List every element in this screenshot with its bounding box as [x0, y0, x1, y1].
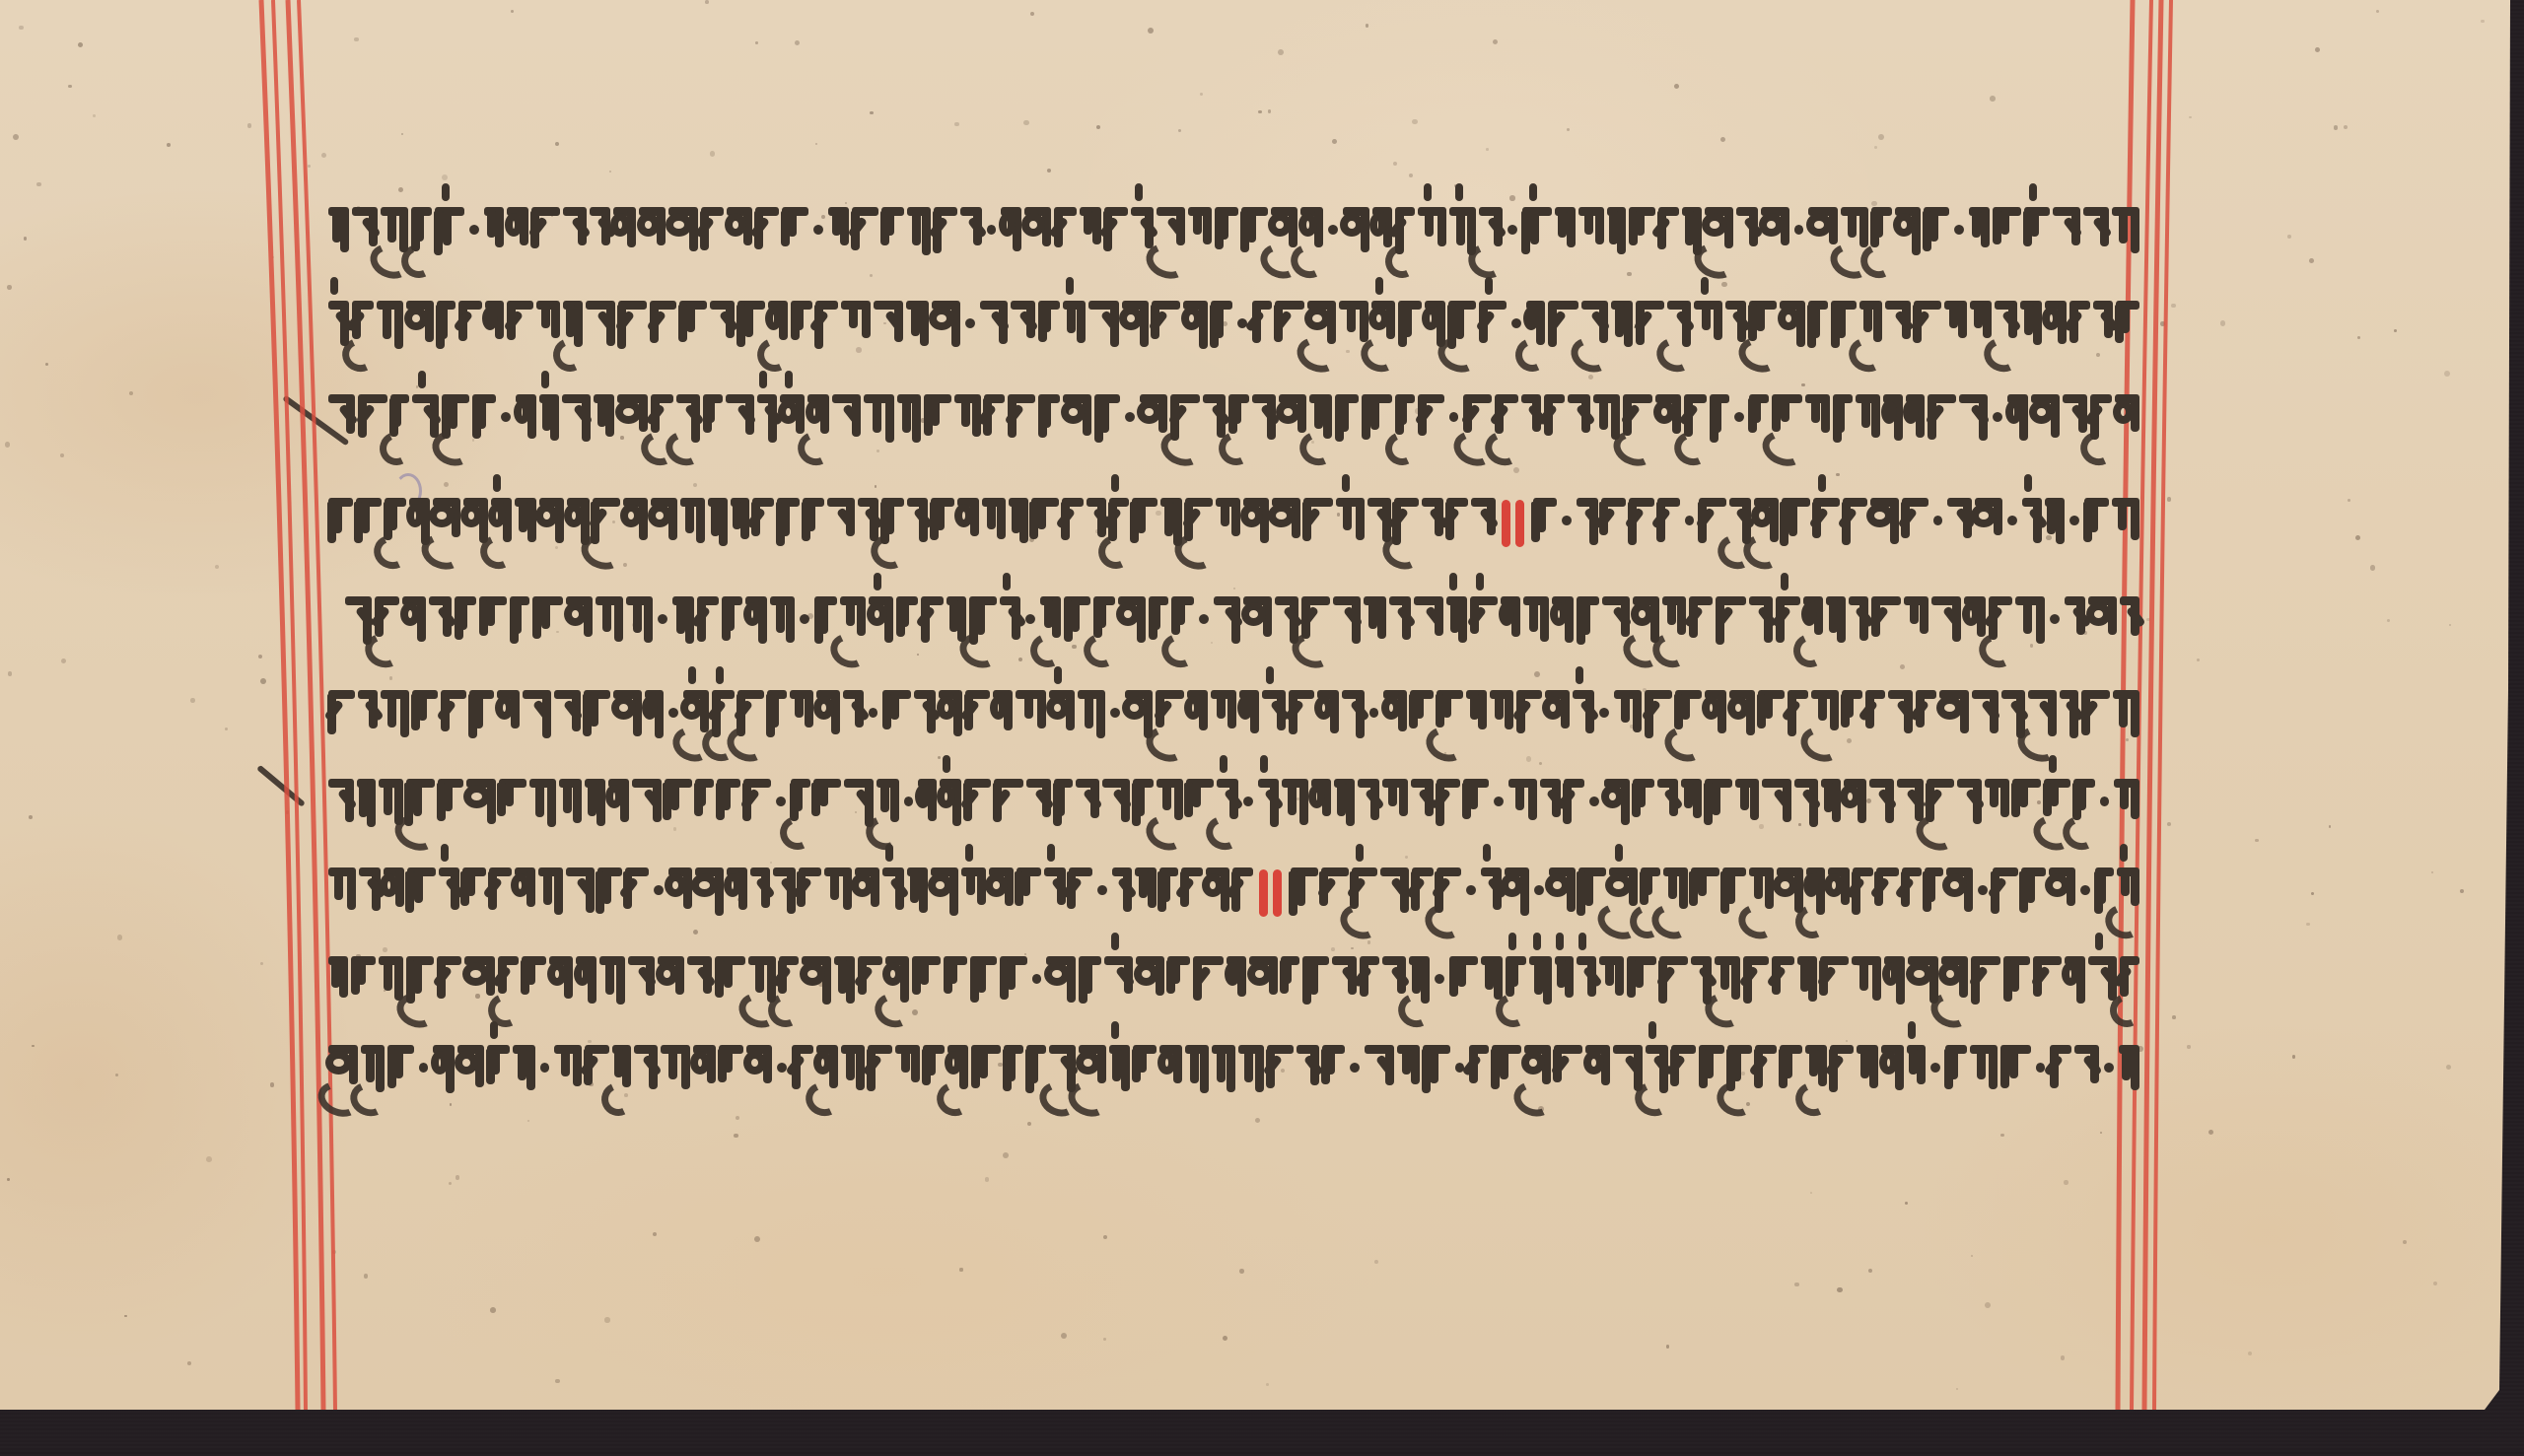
script-glyph	[883, 690, 911, 735]
script-glyph	[1505, 867, 1529, 913]
script-glyph	[1362, 394, 1392, 440]
paper-speck	[354, 37, 358, 41]
punctuation-dot	[2081, 885, 2090, 895]
script-glyph	[539, 394, 560, 440]
script-glyph	[1941, 956, 1969, 1002]
script-glyph	[412, 394, 439, 440]
script-glyph	[701, 207, 724, 252]
script-glyph	[1828, 867, 1850, 913]
script-glyph	[757, 394, 777, 440]
script-glyph	[1995, 301, 2017, 346]
script-glyph	[1522, 207, 1552, 252]
script-glyph	[1895, 207, 1920, 252]
script-glyph	[497, 690, 519, 735]
script-glyph	[1727, 1045, 1752, 1090]
script-glyph	[1112, 867, 1133, 913]
script-glyph	[1398, 301, 1421, 346]
paper-speck	[332, 1250, 336, 1254]
script-glyph	[1395, 207, 1415, 252]
script-glyph	[780, 394, 805, 440]
script-glyph	[1495, 394, 1518, 440]
punctuation-dot	[1794, 225, 1804, 235]
paper-speck	[2064, 1180, 2068, 1184]
script-glyph	[1423, 1045, 1450, 1090]
script-glyph	[1501, 596, 1520, 642]
script-glyph	[1038, 394, 1060, 440]
script-glyph	[1573, 690, 1594, 735]
paper-speck	[2449, 624, 2452, 627]
script-glyph	[651, 394, 673, 440]
paper-speck	[1985, 1302, 1991, 1308]
script-glyph	[1383, 690, 1406, 735]
script-glyph	[1667, 301, 1691, 346]
script-glyph	[328, 207, 348, 252]
script-glyph	[390, 394, 410, 440]
paper-speck	[1493, 39, 1498, 44]
script-glyph	[2074, 1045, 2099, 1090]
script-glyph	[737, 301, 765, 346]
script-glyph	[455, 596, 476, 642]
paper-speck	[2309, 258, 2314, 263]
paper-speck	[770, 862, 772, 864]
manuscript-line-4	[325, 498, 2139, 557]
script-glyph	[479, 596, 507, 642]
paper-speck	[24, 237, 28, 241]
script-glyph	[1187, 690, 1208, 735]
script-glyph	[1526, 301, 1546, 346]
script-glyph	[1777, 867, 1803, 913]
punctuation-dot	[1930, 1063, 1940, 1073]
script-glyph	[1544, 394, 1565, 440]
script-glyph	[1659, 956, 1689, 1002]
script-glyph	[1841, 207, 1868, 252]
script-glyph	[1658, 207, 1679, 252]
paper-speck	[2248, 1352, 2252, 1355]
script-glyph	[1382, 956, 1406, 1002]
script-glyph	[498, 956, 519, 1002]
paper-speck	[2370, 565, 2375, 570]
script-glyph	[345, 596, 372, 642]
punctuation-dot	[1243, 797, 1253, 806]
script-glyph	[1729, 690, 1754, 735]
script-glyph	[1122, 301, 1149, 346]
script-glyph	[2090, 394, 2112, 440]
script-glyph	[1171, 596, 1194, 642]
punctuation-dot	[2050, 614, 2060, 624]
script-glyph	[1692, 956, 1713, 1002]
paper-speck	[206, 1156, 212, 1162]
script-glyph	[375, 596, 399, 642]
script-glyph	[921, 596, 944, 642]
script-glyph	[914, 690, 936, 735]
script-glyph	[1794, 779, 1819, 824]
script-glyph	[1321, 867, 1349, 913]
script-glyph	[947, 1045, 968, 1090]
script-glyph	[1243, 498, 1269, 543]
punctuation-dot	[1954, 225, 1964, 235]
script-glyph	[429, 596, 452, 642]
script-glyph	[1133, 779, 1154, 824]
script-glyph	[715, 956, 745, 1002]
script-glyph	[944, 956, 967, 1002]
paper-speck	[1278, 49, 1284, 55]
paper-speck	[511, 10, 514, 13]
script-glyph	[1761, 207, 1788, 252]
script-glyph	[625, 867, 649, 913]
script-glyph	[727, 867, 747, 913]
paper-speck	[1721, 282, 1726, 287]
paper-speck	[959, 1268, 962, 1271]
paper-speck	[258, 655, 262, 659]
script-glyph	[2117, 867, 2139, 913]
script-glyph	[1093, 596, 1115, 642]
script-glyph	[1479, 207, 1503, 252]
paper-speck	[115, 1074, 118, 1076]
script-glyph	[1009, 498, 1028, 543]
script-glyph	[1334, 779, 1355, 824]
paper-speck	[1526, 756, 1531, 761]
paper-speck	[2329, 825, 2332, 828]
script-glyph	[807, 394, 829, 440]
script-glyph	[539, 498, 565, 543]
paper-speck	[1332, 139, 1337, 144]
paper-speck	[321, 153, 327, 159]
script-glyph	[381, 690, 409, 735]
script-glyph	[1826, 596, 1846, 642]
paper-speck	[1223, 1336, 1227, 1341]
script-glyph	[2031, 394, 2060, 440]
script-glyph	[438, 779, 463, 824]
script-glyph	[402, 596, 426, 642]
script-glyph	[1993, 867, 2018, 913]
script-glyph	[379, 956, 404, 1002]
script-glyph	[1636, 301, 1663, 346]
punctuation-dot	[1494, 797, 1504, 806]
script-glyph	[559, 779, 582, 824]
script-glyph	[799, 867, 821, 913]
script-glyph	[1218, 779, 1239, 824]
script-glyph	[1820, 956, 1850, 1002]
script-glyph	[1211, 690, 1236, 735]
script-glyph	[567, 498, 590, 543]
script-glyph	[1754, 498, 1779, 543]
script-glyph	[790, 690, 812, 735]
script-glyph	[1633, 596, 1659, 642]
script-glyph	[1389, 596, 1411, 642]
script-glyph	[1094, 394, 1120, 440]
script-glyph	[1437, 867, 1461, 913]
paper-speck	[2100, 1132, 2102, 1134]
script-glyph	[1989, 596, 2012, 642]
script-glyph	[697, 596, 719, 642]
punctuation-dot	[987, 225, 997, 235]
script-glyph	[1885, 301, 1910, 346]
script-glyph	[1813, 498, 1840, 543]
script-glyph	[683, 690, 709, 735]
script-glyph	[731, 498, 749, 543]
paper-speck	[2255, 839, 2258, 842]
script-glyph	[1307, 301, 1336, 346]
script-glyph	[1641, 867, 1660, 913]
script-glyph	[1425, 301, 1446, 346]
script-glyph	[1849, 596, 1868, 642]
paper-speck	[1674, 84, 1679, 89]
script-glyph	[1993, 207, 2020, 252]
script-glyph	[562, 394, 591, 440]
script-glyph	[515, 498, 536, 543]
punctuation-dot	[654, 885, 663, 895]
paper-speck	[527, 1120, 529, 1122]
script-glyph	[824, 867, 852, 913]
script-glyph	[597, 867, 622, 913]
script-glyph	[2044, 779, 2070, 824]
script-glyph	[1446, 498, 1468, 543]
script-glyph	[2115, 394, 2139, 440]
script-glyph	[1409, 956, 1431, 1002]
script-glyph	[463, 498, 488, 543]
script-glyph	[1604, 779, 1630, 824]
paper-speck	[260, 678, 266, 684]
script-glyph	[1555, 207, 1576, 252]
punctuation-dot	[800, 614, 809, 624]
script-glyph	[1017, 867, 1041, 913]
paper-speck	[1486, 148, 1489, 151]
script-glyph	[907, 498, 929, 543]
paper-speck	[398, 187, 403, 192]
script-glyph	[693, 1045, 716, 1090]
script-glyph	[882, 867, 904, 913]
script-glyph	[1869, 779, 1894, 824]
script-glyph	[1533, 498, 1558, 543]
script-glyph	[1102, 779, 1130, 824]
script-glyph	[802, 956, 831, 1002]
paper-speck	[875, 485, 876, 487]
script-glyph	[590, 207, 609, 252]
paper-speck	[1878, 134, 1884, 140]
script-glyph	[1446, 596, 1467, 642]
paper-speck	[623, 563, 627, 567]
punctuation-dot	[1933, 516, 1942, 525]
script-glyph	[1040, 596, 1061, 642]
script-glyph	[2093, 301, 2113, 346]
paper-speck	[364, 1274, 369, 1279]
script-glyph	[704, 394, 724, 440]
script-glyph	[1275, 596, 1298, 642]
script-glyph	[1788, 690, 1807, 735]
script-glyph	[668, 867, 692, 913]
script-glyph	[412, 690, 438, 735]
script-glyph	[1902, 498, 1928, 543]
script-glyph	[593, 498, 620, 543]
script-glyph	[2015, 596, 2045, 642]
paper-speck	[1900, 664, 1905, 669]
paper-speck	[1412, 119, 1418, 125]
script-glyph	[939, 690, 961, 735]
script-glyph	[1611, 301, 1633, 346]
script-glyph	[531, 207, 560, 252]
paper-speck	[117, 935, 123, 940]
paper-speck	[61, 659, 66, 663]
script-glyph	[1844, 779, 1867, 824]
script-glyph	[1170, 394, 1200, 440]
script-glyph	[708, 498, 728, 543]
script-glyph	[1167, 956, 1191, 1002]
script-glyph	[993, 690, 1013, 735]
script-glyph	[1281, 956, 1300, 1002]
script-glyph	[554, 690, 581, 735]
script-glyph	[406, 956, 434, 1002]
script-glyph	[931, 867, 957, 913]
script-glyph	[328, 956, 348, 1002]
paper-speck	[2146, 618, 2150, 622]
script-glyph	[1614, 690, 1642, 735]
script-glyph	[2065, 596, 2085, 642]
paper-speck	[45, 363, 48, 366]
script-glyph	[1157, 207, 1185, 252]
script-glyph	[1888, 690, 1913, 735]
paper-speck	[1047, 169, 1051, 173]
punctuation-dot	[668, 708, 678, 718]
script-glyph	[1104, 956, 1133, 1002]
script-glyph	[1289, 690, 1313, 735]
script-glyph	[1762, 779, 1791, 824]
punctuation-dot	[2100, 797, 2110, 806]
script-glyph	[387, 1045, 413, 1090]
script-glyph	[1842, 690, 1862, 735]
script-glyph	[1088, 301, 1118, 346]
script-glyph	[1776, 596, 1800, 642]
script-glyph	[1831, 301, 1856, 346]
stray-pen-stroke	[256, 765, 306, 807]
script-glyph	[632, 779, 662, 824]
script-glyph	[1185, 498, 1213, 543]
punctuation-dot	[1599, 708, 1609, 718]
paper-speck	[954, 122, 958, 126]
script-glyph	[1623, 394, 1652, 440]
script-glyph	[1564, 779, 1584, 824]
script-glyph	[406, 301, 433, 346]
script-glyph	[406, 779, 436, 824]
script-glyph	[858, 498, 878, 543]
script-glyph	[1437, 779, 1460, 824]
script-glyph	[513, 1045, 534, 1090]
script-glyph	[1152, 301, 1180, 346]
script-glyph	[1418, 207, 1446, 252]
script-glyph	[1001, 207, 1020, 252]
script-glyph	[1212, 1045, 1235, 1090]
script-glyph	[1481, 867, 1503, 913]
script-glyph	[532, 596, 563, 642]
script-glyph	[923, 1045, 945, 1090]
script-glyph	[1906, 394, 1926, 440]
script-glyph	[816, 690, 840, 735]
punctuation-dot	[1110, 708, 1120, 718]
punctuation-dot	[1589, 797, 1599, 806]
script-glyph	[1397, 1045, 1419, 1090]
script-glyph	[1125, 690, 1153, 735]
script-glyph	[1927, 779, 1954, 824]
script-glyph	[618, 301, 647, 346]
script-glyph	[864, 394, 894, 440]
paper-speck	[270, 1082, 275, 1087]
script-glyph	[907, 867, 929, 913]
script-glyph	[1358, 779, 1379, 824]
script-glyph	[743, 779, 771, 824]
paper-speck	[2197, 659, 2200, 661]
script-glyph	[2012, 779, 2041, 824]
script-glyph	[1159, 1045, 1181, 1090]
paper-speck	[1103, 1338, 1105, 1340]
script-glyph	[466, 779, 496, 824]
script-glyph	[881, 207, 904, 252]
manuscript-line-6	[325, 690, 2139, 749]
punctuation-dot	[469, 225, 479, 235]
script-glyph	[594, 394, 614, 440]
script-glyph	[645, 690, 665, 735]
script-glyph	[1856, 394, 1880, 440]
script-glyph	[1063, 301, 1086, 346]
punctuation-dot	[813, 225, 823, 235]
script-glyph	[1437, 690, 1463, 735]
punctuation-dot	[658, 614, 667, 624]
script-glyph	[1554, 1045, 1582, 1090]
script-glyph	[1865, 690, 1885, 735]
script-glyph	[2063, 394, 2088, 440]
script-glyph	[695, 779, 714, 824]
script-glyph	[672, 596, 694, 642]
punctuation-dot	[1734, 412, 1744, 422]
paper-speck	[1720, 137, 1725, 142]
paper-speck	[1868, 1269, 1872, 1273]
script-glyph	[1548, 301, 1577, 346]
script-glyph	[2060, 690, 2079, 735]
paper-speck	[2172, 1015, 2176, 1019]
script-glyph	[469, 690, 494, 735]
script-glyph	[1031, 498, 1059, 543]
script-glyph	[1805, 1045, 1826, 1090]
script-glyph	[1516, 690, 1541, 735]
script-glyph	[1160, 498, 1182, 543]
script-glyph	[499, 779, 527, 824]
script-glyph	[1811, 690, 1839, 735]
script-glyph	[896, 596, 918, 642]
script-glyph	[1140, 394, 1168, 440]
script-glyph	[1555, 956, 1575, 1002]
script-glyph	[752, 498, 774, 543]
paper-speck	[1588, 375, 1593, 380]
script-glyph	[1262, 690, 1286, 735]
paper-speck	[2334, 125, 2339, 130]
paper-speck	[449, 1182, 452, 1185]
punctuation-dot	[540, 1063, 550, 1073]
paper-speck	[1794, 1283, 1799, 1287]
script-glyph	[2003, 956, 2030, 1002]
paper-speck	[2460, 889, 2464, 893]
script-glyph	[487, 1045, 510, 1090]
script-glyph	[1365, 1045, 1394, 1090]
script-glyph	[1907, 1045, 1926, 1090]
paper-speck	[32, 1045, 35, 1048]
script-glyph	[1657, 498, 1680, 543]
script-glyph	[906, 301, 928, 346]
script-glyph	[814, 596, 837, 642]
script-glyph	[1947, 498, 1972, 543]
script-glyph	[897, 394, 921, 440]
script-glyph	[1552, 596, 1574, 642]
script-glyph	[792, 1045, 812, 1090]
script-glyph	[1011, 301, 1035, 346]
script-glyph	[1412, 867, 1434, 913]
